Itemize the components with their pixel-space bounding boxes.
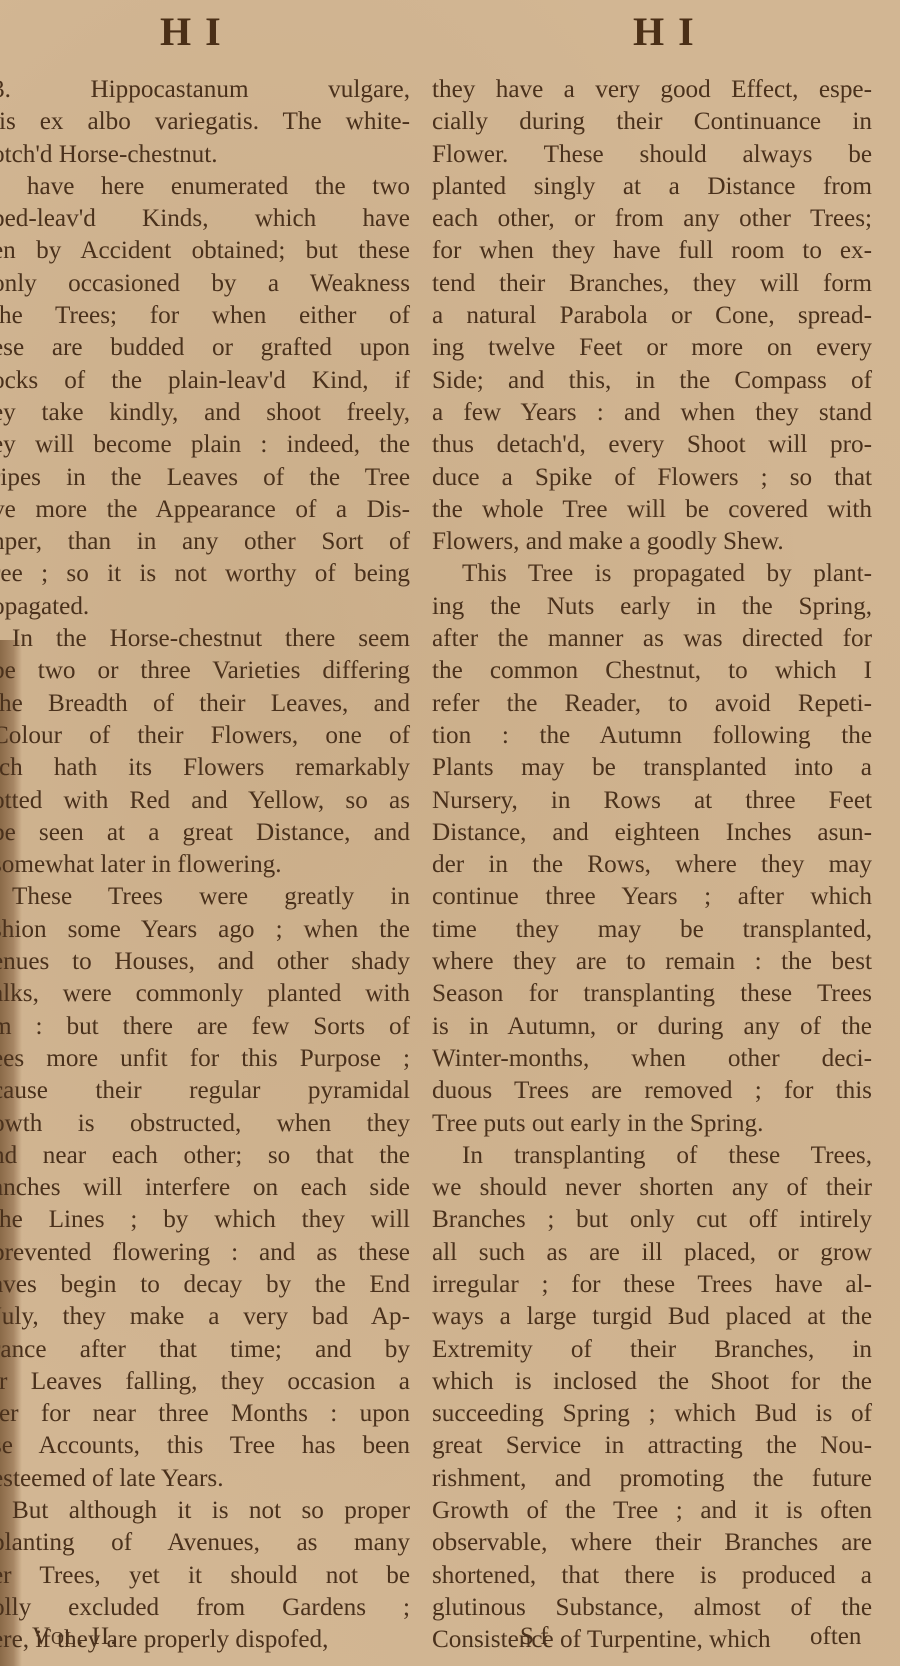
- text-line: the Breadth of their Leaves, and: [0, 688, 410, 720]
- text-line: rance after that time; and by: [0, 1334, 410, 1366]
- text-line: observable, where their Branches are: [432, 1527, 872, 1559]
- text-line: nper, than in any other Sort of: [0, 526, 410, 558]
- text-line: 3. Hippocastanum vulgare,: [0, 74, 410, 106]
- text-line: ve more the Appearance of a Dis-: [0, 494, 410, 526]
- text-line: aves begin to decay by the End: [0, 1269, 410, 1301]
- text-line: ripes in the Leaves of the Tree: [0, 462, 410, 494]
- text-line: cially during their Continuance in: [432, 106, 872, 138]
- running-header-left: HI: [160, 8, 235, 55]
- text-line: alks, were commonly planted with: [0, 978, 410, 1010]
- signature-mark: S f: [520, 1623, 548, 1651]
- text-line: er Trees, yet it should not be: [0, 1560, 410, 1592]
- text-line: Growth of the Tree ; and it is often: [432, 1495, 872, 1527]
- text-line: somewhat later in flowering.: [0, 849, 410, 881]
- text-line: rishment, and promoting the future: [432, 1463, 872, 1495]
- text-line: tend their Branches, they will form: [432, 268, 872, 300]
- text-line: otch'd Horse-chestnut.: [0, 139, 410, 171]
- text-line: ter for near three Months : upon: [0, 1398, 410, 1430]
- text-line: ese are budded or grafted upon: [0, 332, 410, 364]
- text-line: nd near each other; so that the: [0, 1140, 410, 1172]
- text-line: Consistence of Turpentine, which: [432, 1624, 872, 1656]
- text-line: Winter-months, when other deci-: [432, 1043, 872, 1075]
- text-line: after the manner as was directed for: [432, 623, 872, 655]
- text-line: great Service in attracting the Nou-: [432, 1430, 872, 1462]
- text-line: This Tree is propagated by plant-: [432, 558, 872, 590]
- text-line: they have a very good Effect, espe-: [432, 74, 872, 106]
- text-line: a few Years : and when they stand: [432, 397, 872, 429]
- text-line: iis ex albo variegatis. The white-: [0, 106, 410, 138]
- text-line: se Accounts, this Tree has been: [0, 1430, 410, 1462]
- text-line: irregular ; for these Trees have al-: [432, 1269, 872, 1301]
- catchword: often: [810, 1623, 861, 1651]
- text-line: ing twelve Feet or more on every: [432, 332, 872, 364]
- left-text-column: 3. Hippocastanum vulgare,iis ex albo var…: [0, 74, 410, 1657]
- text-line: otted with Red and Yellow, so as: [0, 785, 410, 817]
- text-line: all such as are ill placed, or grow: [432, 1237, 872, 1269]
- text-line: only occasioned by a Weakness: [0, 268, 410, 300]
- text-line: the Lines ; by which they will: [0, 1204, 410, 1236]
- book-page: HI HI 3. Hippocastanum vulgare,iis ex al…: [0, 0, 900, 1666]
- text-line: planted singly at a Distance from: [432, 171, 872, 203]
- text-line: ped-leav'd Kinds, which have: [0, 203, 410, 235]
- text-line: we should never shorten any of their: [432, 1172, 872, 1204]
- text-line: be seen at a great Distance, and: [0, 817, 410, 849]
- text-line: Distance, and eighteen Inches asun-: [432, 817, 872, 849]
- text-line: owth is obstructed, when they: [0, 1108, 410, 1140]
- text-line: Colour of their Flowers, one of: [0, 720, 410, 752]
- text-line: ree ; so it is not worthy of being: [0, 558, 410, 590]
- text-line: succeeding Spring ; which Bud is of: [432, 1398, 872, 1430]
- text-line: ir Leaves falling, they occasion a: [0, 1366, 410, 1398]
- text-line: duce a Spike of Flowers ; so that: [432, 462, 872, 494]
- text-line: each other, or from any other Trees;: [432, 203, 872, 235]
- text-line: continue three Years ; after which: [432, 881, 872, 913]
- text-line: is in Autumn, or during any of the: [432, 1011, 872, 1043]
- text-line: Side; and this, in the Compass of: [432, 365, 872, 397]
- volume-footer: Vol. II.: [32, 1623, 117, 1651]
- text-line: ey take kindly, and shoot freely,: [0, 397, 410, 429]
- text-line: ocks of the plain-leav'd Kind, if: [0, 365, 410, 397]
- text-line: ees more unfit for this Purpose ;: [0, 1043, 410, 1075]
- right-text-column: they have a very good Effect, espe-ciall…: [432, 74, 872, 1657]
- text-line: July, they make a very bad Ap-: [0, 1301, 410, 1333]
- text-line: time they may be transplanted,: [432, 914, 872, 946]
- text-line: In the Horse-chestnut there seem: [0, 623, 410, 655]
- text-line: shortened, that there is produced a: [432, 1560, 872, 1592]
- text-line: where they are to remain : the best: [432, 946, 872, 978]
- text-line: Tree puts out early in the Spring.: [432, 1108, 872, 1140]
- text-line: en by Accident obtained; but these: [0, 235, 410, 267]
- text-line: Plants may be transplanted into a: [432, 752, 872, 784]
- text-line: der in the Rows, where they may: [432, 849, 872, 881]
- text-line: Extremity of their Branches, in: [432, 1334, 872, 1366]
- text-line: m : but there are few Sorts of: [0, 1011, 410, 1043]
- text-line: shion some Years ago ; when the: [0, 914, 410, 946]
- text-line: esteemed of late Years.: [0, 1463, 410, 1495]
- text-line: the whole Tree will be covered with: [432, 494, 872, 526]
- text-line: enues to Houses, and other shady: [0, 946, 410, 978]
- text-line: Season for transplanting these Trees: [432, 978, 872, 1010]
- text-line: cause their regular pyramidal: [0, 1075, 410, 1107]
- text-line: In transplanting of these Trees,: [432, 1140, 872, 1172]
- text-line: glutinous Substance, almost of the: [432, 1592, 872, 1624]
- text-line: duous Trees are removed ; for this: [432, 1075, 872, 1107]
- text-line: These Trees were greatly in: [0, 881, 410, 913]
- text-line: tion : the Autumn following the: [432, 720, 872, 752]
- text-line: planting of Avenues, as many: [0, 1527, 410, 1559]
- text-line: the Trees; for when either of: [0, 300, 410, 332]
- text-line: Branches ; but only cut off intirely: [432, 1204, 872, 1236]
- text-line: refer the Reader, to avoid Repeti-: [432, 688, 872, 720]
- text-line: ich hath its Flowers remarkably: [0, 752, 410, 784]
- text-line: ways a large turgid Bud placed at the: [432, 1301, 872, 1333]
- text-line: be two or three Varieties differing: [0, 655, 410, 687]
- text-line: ing the Nuts early in the Spring,: [432, 591, 872, 623]
- text-line: prevented flowering : and as these: [0, 1237, 410, 1269]
- text-line: the common Chestnut, to which I: [432, 655, 872, 687]
- text-line: I have here enumerated the two: [0, 171, 410, 203]
- text-line: ey will become plain : indeed, the: [0, 429, 410, 461]
- text-line: a natural Parabola or Cone, spread-: [432, 300, 872, 332]
- running-header-right: HI: [633, 8, 708, 55]
- text-line: Flower. These should always be: [432, 139, 872, 171]
- text-line: opagated.: [0, 591, 410, 623]
- text-line: anches will interfere on each side: [0, 1172, 410, 1204]
- text-line: olly excluded from Gardens ;: [0, 1592, 410, 1624]
- text-line: Flowers, and make a goodly Shew.: [432, 526, 872, 558]
- text-line: But although it is not so proper: [0, 1495, 410, 1527]
- text-line: which is inclosed the Shoot for the: [432, 1366, 872, 1398]
- text-line: thus detach'd, every Shoot will pro-: [432, 429, 872, 461]
- text-line: Nursery, in Rows at three Feet: [432, 785, 872, 817]
- text-line: for when they have full room to ex-: [432, 235, 872, 267]
